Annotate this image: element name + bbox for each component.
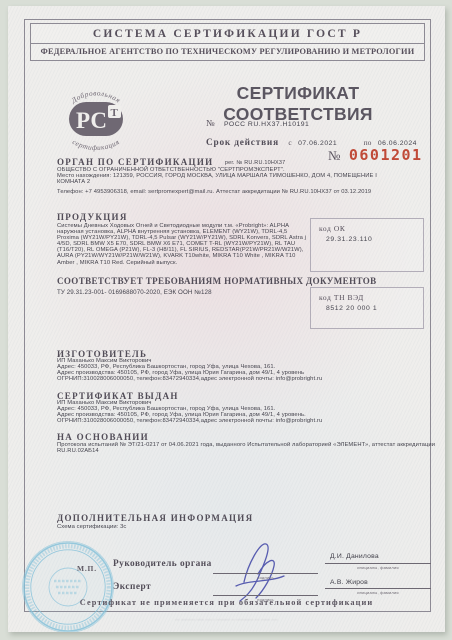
signature-stroke-icon [214,534,310,604]
expert-name-caption: инициалы, фамилия [325,590,431,595]
number-sign: № [206,118,215,128]
basis-text: Протокола испытаний № ЭТ/21-0217 от 04.0… [57,442,437,454]
issued-to-line: ОГРНИП:310028006000050, телефон:83472940… [57,418,435,424]
additional-info-text: Схема сертификации: 3с [57,524,357,530]
validity-label: Срок действия [206,138,279,148]
stamp-place-mark: М.П. [77,564,97,573]
issued-to-details: ИП Маханько Максим Викторович Адрес: 450… [57,400,435,424]
code-tnved-box: код ТН ВЭД 8512 20 000 1 [310,287,424,329]
code-tnved-label: код ТН ВЭД [311,288,423,302]
manufacturer-details: ИП Маханько Максим Викторович Адрес: 450… [57,358,435,382]
production-text: Системы Дневных Ходовых Огней и Светодио… [57,223,307,266]
head-role-label: Руководитель органа [113,559,212,569]
compliance-text: ТУ 29.31.23-001- 0169688070-2020, ЕЭК ОО… [57,290,307,296]
org-line: Место нахождения: 121359, РОССИЯ, ГОРОД … [57,173,432,179]
certificate-number: РОСС RU.HX37.H10191 [224,121,309,128]
agency-title: ФЕДЕРАЛЬНОЕ АГЕНТСТВО ПО ТЕХНИЧЕСКОМУ РЕ… [31,44,424,60]
compliance-heading: СООТВЕТСТВУЕТ ТРЕБОВАНИЯМ НОРМАТИВНЫХ ДО… [57,276,377,286]
bottom-note: Сертификат не применяется при обязательн… [24,598,429,607]
expert-role-label: Эксперт [113,582,151,592]
fine-print: ··· ········· ····· ···· · ········· ·· … [24,618,429,622]
header-box: СИСТЕМА СЕРТИФИКАЦИИ ГОСТ Р ФЕДЕРАЛЬНОЕ … [30,23,425,61]
code-ok-box: код ОК 29.31.23.110 [310,218,424,272]
validity-from-label: с [288,138,291,147]
code-ok-label: код ОК [311,219,423,233]
svg-text:сертификация: сертификация [71,138,121,152]
blank-number-row: № 0601201 [328,146,423,165]
additional-info-heading: ДОПОЛНИТЕЛЬНАЯ ИНФОРМАЦИЯ [57,513,253,523]
head-name-caption: инициалы, фамилия [325,565,431,570]
logo-arc-bottom-label: сертификация [71,138,121,152]
certificate-number-row: № РОСС RU.HX37.H10191 [206,113,309,131]
org-line: КОМНАТА 2 [57,179,432,185]
expert-name: А.В. Жиров [330,579,368,586]
logo-letters-pc: РС [76,108,107,133]
org-details: ОБЩЕСТВО С ОГРАНИЧЕННОЙ ОТВЕТСТВЕННОСТЬЮ… [57,167,432,195]
blank-number: 0601201 [349,146,423,164]
org-reg-number: рег. № RU.RU.10HX37 [225,160,286,166]
code-ok-value: 29.31.23.110 [311,233,423,243]
certification-system-title: СИСТЕМА СЕРТИФИКАЦИИ ГОСТ Р [31,24,424,44]
blank-number-sign: № [328,148,340,163]
rst-certification-logo-icon: Добровольная сертификация РС Т [50,82,142,156]
basis-heading: НА ОСНОВАНИИ [57,432,149,442]
org-heading: ОРГАН ПО СЕРТИФИКАЦИИ [57,157,213,167]
production-heading: ПРОДУКЦИЯ [57,212,128,222]
head-name: Д.И. Данилова [330,553,379,560]
certificate-page: СИСТЕМА СЕРТИФИКАЦИИ ГОСТ Р ФЕДЕРАЛЬНОЕ … [8,6,445,632]
logo-letter-t: Т [111,107,119,119]
org-line: Телефон: +7 4953906318, email: sertprome… [57,189,432,195]
head-signature-caption: подпись [213,575,318,580]
manufacturer-line: ОГРНИП:310028006000050, телефон:83472940… [57,376,435,382]
code-tnved-value: 8512 20 000 1 [311,302,423,312]
